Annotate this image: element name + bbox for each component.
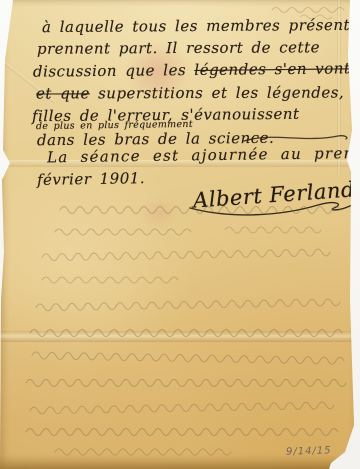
line-7-text: La séance est ajournée au premier (47, 144, 360, 167)
signature: Albert Ferland (192, 177, 355, 212)
manuscript-line-4: et que superstitions et les légendes, (36, 84, 344, 102)
line-3-struck-text: légendes s'en vont (194, 59, 350, 79)
line-1-text: à laquelle tous les membres présent (42, 16, 350, 36)
line-3-text: discussion que les (33, 61, 195, 81)
manuscript-page: à laquelle tous les membres présent pren… (0, 0, 360, 469)
faint-stain (134, 192, 186, 234)
manuscript-line-7: La séance est ajournée au premier (47, 145, 360, 166)
manuscript-line-2: prennent part. Il ressort de cette (37, 39, 320, 57)
manuscript-line-1: à laquelle tous les membres présent (42, 17, 350, 36)
bleedthrough-handwriting (0, 195, 360, 469)
line-4-text: superstitions et les légendes, (90, 83, 344, 102)
scanned-document: à laquelle tous les membres présent pren… (0, 0, 360, 469)
manuscript-line-3: discussion que les légendes s'en vont (33, 60, 351, 80)
line-2-text: prennent part. Il ressort de cette (37, 38, 320, 57)
line-4-struck-text: et que (36, 84, 90, 102)
horizontal-fold-crease-lower (0, 331, 360, 342)
manuscript-line-8: février 1901. (37, 170, 145, 188)
pencil-date-annotation: 9/14/15 (286, 445, 332, 458)
line-8-text: février 1901. (37, 169, 145, 189)
